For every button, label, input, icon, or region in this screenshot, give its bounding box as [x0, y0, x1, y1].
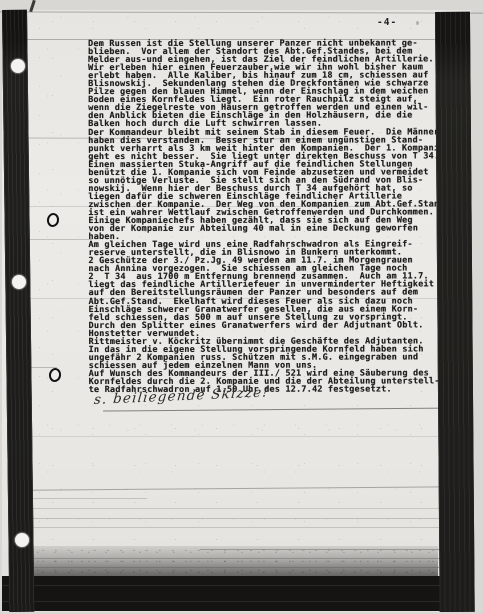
ink-speck	[416, 21, 419, 25]
scratch-line	[27, 527, 447, 528]
scratch-line	[27, 508, 447, 509]
page-number: -4-	[377, 17, 397, 28]
bottom-black-frame	[2, 576, 471, 611]
right-black-bar	[435, 12, 475, 612]
scratch-line	[27, 436, 447, 437]
punch-hole	[15, 533, 29, 547]
scratch-line	[27, 498, 147, 499]
scanned-document-page: -4- Dem Russen ist die Stellung unserer …	[0, 0, 483, 614]
typewritten-body-text: Dem Russen ist die Stellung unserer Panz…	[88, 39, 461, 394]
scratch-line	[27, 518, 447, 519]
bottom-fade-band	[26, 546, 438, 576]
punch-hole	[12, 275, 26, 289]
punch-hole	[11, 59, 25, 73]
scratch-line	[27, 239, 92, 240]
